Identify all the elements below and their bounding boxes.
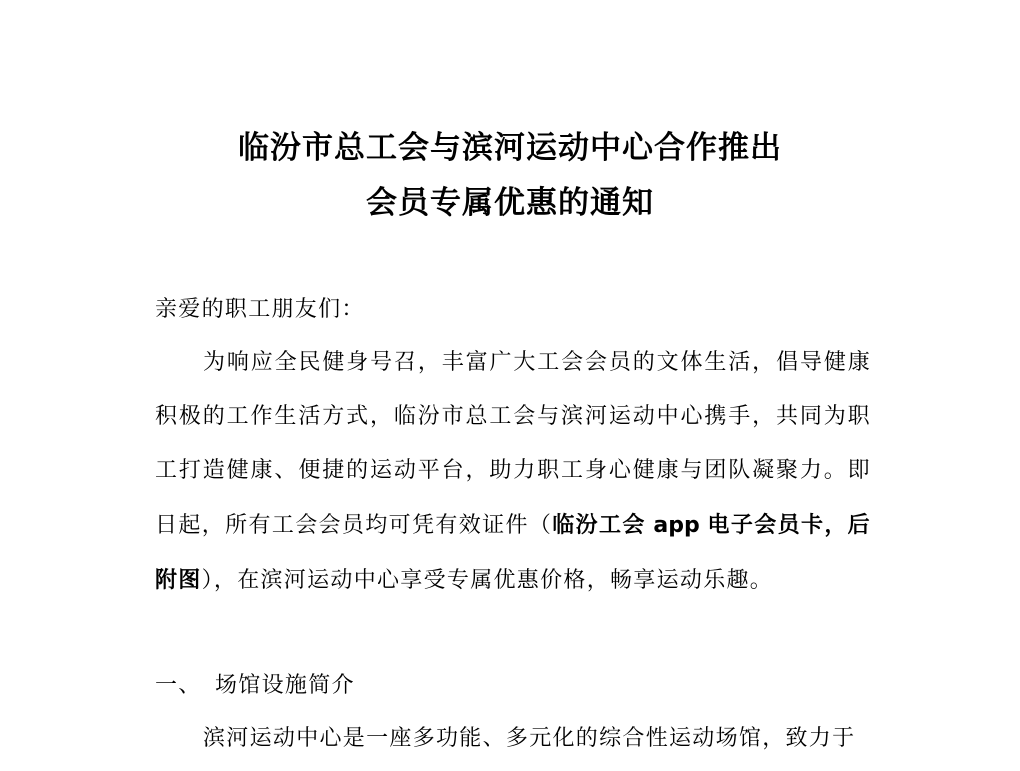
member-card-emphasis-1: 临汾工会 bbox=[552, 512, 645, 538]
intro-text: 为响应全民健身号召，丰富广大工会会员的文体生活，倡导健康积极的工作生活方式，临汾… bbox=[155, 350, 871, 538]
document-title-line-2: 会员专属优惠的通知 bbox=[0, 183, 1020, 223]
section-number: 一、 bbox=[155, 666, 215, 706]
member-card-emphasis-app: app bbox=[646, 513, 708, 538]
greeting: 亲爱的职工朋友们： bbox=[155, 290, 365, 330]
document-page: 临汾市总工会与滨河运动中心合作推出 会员专属优惠的通知 亲爱的职工朋友们： 为响… bbox=[0, 0, 1020, 771]
section-title: 场馆设施简介 bbox=[215, 673, 355, 698]
document-title-line-1: 临汾市总工会与滨河运动中心合作推出 bbox=[0, 128, 1020, 168]
intro-paragraph: 为响应全民健身号召，丰富广大工会会员的文体生活，倡导健康积极的工作生活方式，临汾… bbox=[155, 336, 871, 608]
section-1-paragraph: 滨河运动中心是一座多功能、多元化的综合性运动场馆，致力于 bbox=[155, 712, 871, 766]
intro-text-end: ），在滨河运动中心享受专属优惠价格，畅享运动乐趣。 bbox=[202, 568, 774, 593]
section-heading-1: 一、场馆设施简介 bbox=[155, 666, 355, 706]
